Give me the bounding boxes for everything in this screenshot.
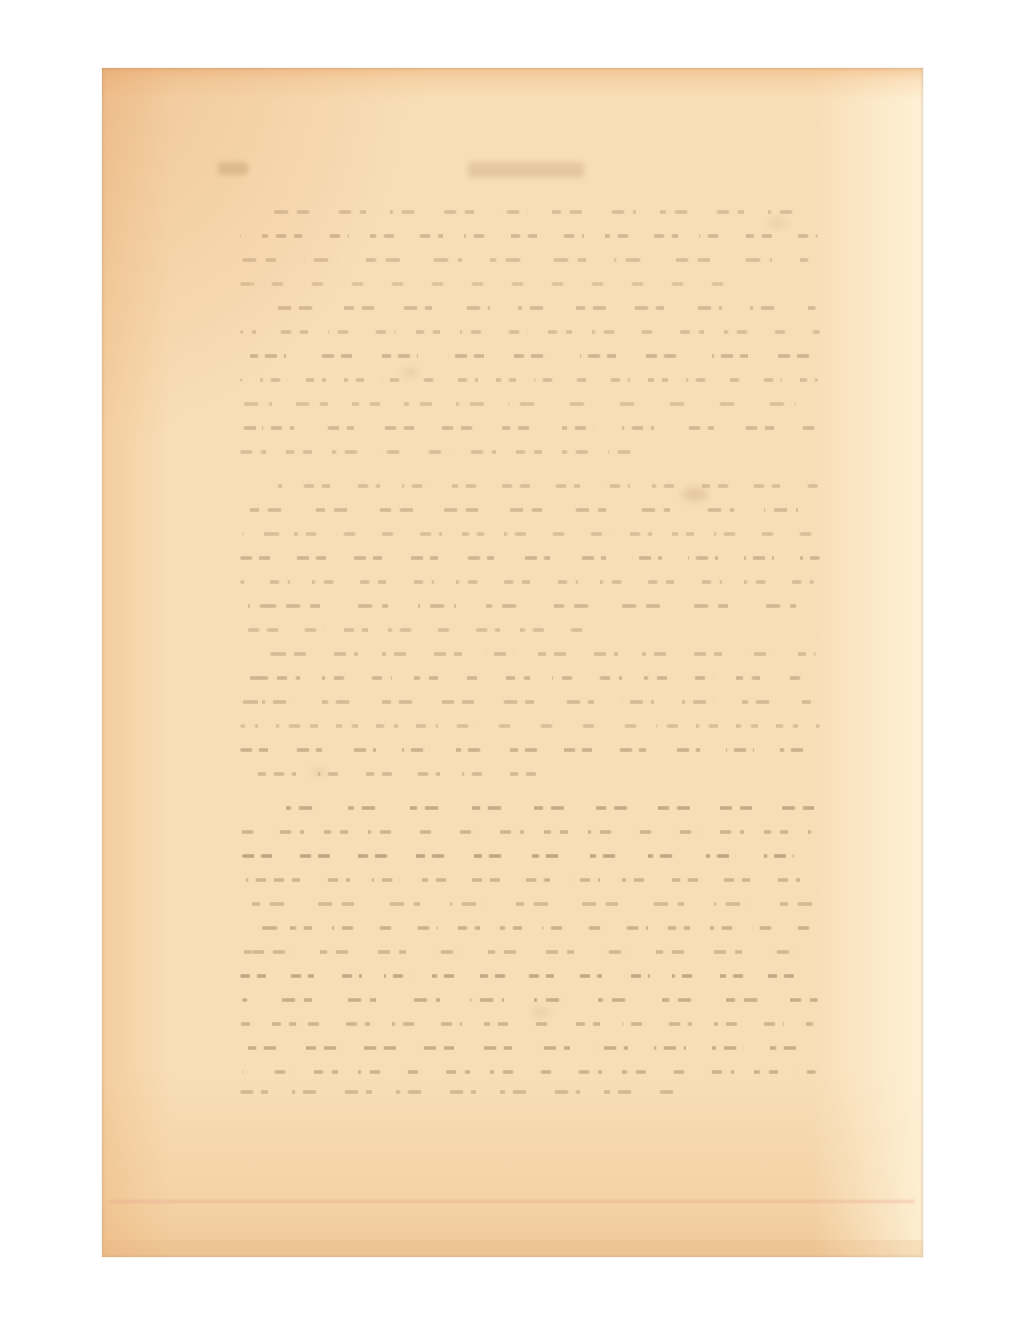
ghost-text-line bbox=[270, 652, 816, 656]
paper-stain bbox=[312, 768, 326, 776]
ghost-text-line bbox=[270, 210, 818, 214]
bottom-shading bbox=[102, 1240, 923, 1257]
ghost-text-line bbox=[240, 282, 752, 286]
ghost-text-line bbox=[240, 378, 818, 382]
ghost-text-line bbox=[242, 604, 820, 608]
scan-fold-line bbox=[110, 1200, 915, 1203]
ghost-text-line bbox=[270, 806, 818, 810]
ghost-text-line bbox=[240, 676, 818, 680]
ghost-text-line bbox=[240, 1022, 820, 1026]
ghost-text-line bbox=[240, 628, 600, 632]
text-column bbox=[240, 68, 820, 1257]
ghost-text-line bbox=[240, 556, 820, 560]
ghost-text-line bbox=[242, 700, 818, 704]
ghost-text-line bbox=[240, 1090, 680, 1094]
ghost-text-line bbox=[242, 532, 818, 536]
ghost-text-line bbox=[240, 330, 820, 334]
ghost-text-line bbox=[242, 1070, 816, 1074]
ghost-text-line bbox=[240, 748, 814, 752]
ghost-text-line bbox=[242, 426, 820, 430]
ghost-text-line bbox=[240, 950, 820, 954]
paper-stain bbox=[402, 368, 418, 377]
paper-stain bbox=[532, 1008, 550, 1017]
ghost-text-line bbox=[242, 926, 816, 930]
ghost-text-line bbox=[240, 830, 818, 834]
ghost-text-line bbox=[240, 402, 816, 406]
ghost-text-line bbox=[242, 998, 818, 1002]
ghost-text-line bbox=[242, 854, 822, 858]
paper-stain bbox=[767, 218, 787, 228]
ghost-text-line bbox=[242, 354, 816, 358]
scanned-page bbox=[102, 68, 923, 1257]
ghost-text-line bbox=[242, 772, 542, 776]
ghost-text-line bbox=[240, 450, 660, 454]
ghost-text-line bbox=[240, 724, 820, 728]
ghost-text-line bbox=[240, 902, 818, 906]
ghost-text-line bbox=[240, 508, 818, 512]
ghost-text-line bbox=[240, 580, 814, 584]
ghost-text-line bbox=[240, 878, 816, 882]
ghost-text-line bbox=[240, 974, 818, 978]
ghost-text-line bbox=[240, 1046, 818, 1050]
ghost-text-line bbox=[242, 258, 818, 262]
ghost-text-line bbox=[270, 484, 818, 488]
paper-stain bbox=[682, 488, 708, 501]
ghost-text-line bbox=[240, 234, 818, 238]
ghost-text-line bbox=[270, 306, 816, 310]
